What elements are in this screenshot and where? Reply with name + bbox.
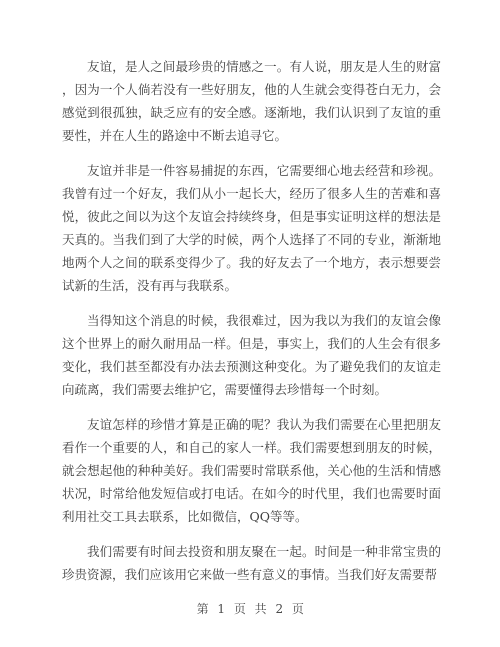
paragraph: 友谊，是人之间最珍贵的情感之一。有人说，朋友是人生的财富，因为一个人倘若没有一些… (62, 55, 441, 147)
text-line: 状况，时常给他发短信或打电话。在如今的时代里，我们也需要时面 (62, 482, 441, 505)
text-line: 当得知这个消息的时候，我很难过，因为我以为我们的友谊会像 (62, 309, 441, 332)
page-number-text: 第 1 页 共 2 页 (197, 602, 307, 616)
text-line: 地两个人之间的联系变得少了。我的好友去了一个地方，表示想要尝 (62, 251, 441, 274)
text-line: 变化，我们甚至都没有办法去预测这种变化。为了避免我们的友谊走 (62, 355, 441, 378)
text-line: 友谊，是人之间最珍贵的情感之一。有人说，朋友是人生的财富 (62, 55, 441, 78)
text-line: 感觉到很孤独，缺乏应有的安全感。逐渐地，我们认识到了友谊的重 (62, 101, 441, 124)
text-line: 试新的生活，没有再与我联系。 (62, 274, 441, 297)
paragraph: 我们需要有时间去投资和朋友聚在一起。时间是一种非常宝贵的珍贵资源，我们应该用它来… (62, 540, 441, 586)
text-line: 悦，彼此之间以为这个友谊会持续终身，但是事实证明这样的想法是 (62, 205, 441, 228)
text-line: ，因为一个人倘若没有一些好朋友，他的人生就会变得苍白无力，会 (62, 78, 441, 101)
paragraph: 当得知这个消息的时候，我很难过，因为我以为我们的友谊会像这个世界上的耐久耐用品一… (62, 309, 441, 401)
text-line: 天真的。当我们到了大学的时候，两个人选择了不同的专业，渐渐地 (62, 228, 441, 251)
text-line: 这个世界上的耐久耐用品一样。但是，事实上，我们的人生会有很多 (62, 332, 441, 355)
text-line: 我曾有过一个好友，我们从小一起长大，经历了很多人生的苦难和喜 (62, 182, 441, 205)
document-body: 友谊，是人之间最珍贵的情感之一。有人说，朋友是人生的财富，因为一个人倘若没有一些… (62, 55, 441, 586)
text-line: 我们需要有时间去投资和朋友聚在一起。时间是一种非常宝贵的 (62, 540, 441, 563)
text-line: 珍贵资源，我们应该用它来做一些有意义的事情。当我们好友需要帮 (62, 563, 441, 586)
text-line: 友谊并非是一件容易捕捉的东西，它需要细心地去经营和珍视。 (62, 159, 441, 182)
document-canvas: 友谊，是人之间最珍贵的情感之一。有人说，朋友是人生的财富，因为一个人倘若没有一些… (0, 0, 500, 647)
text-line: 利用社交工具去联系，比如微信，QQ等等。 (62, 505, 441, 528)
paragraph: 友谊怎样的珍惜才算是正确的呢？我认为我们需要在心里把朋友看作一个重要的人，和自己… (62, 413, 441, 528)
text-line: 向疏离，我们需要去维护它，需要懂得去珍惜每一个时刻。 (62, 378, 441, 401)
document-page: 友谊，是人之间最珍贵的情感之一。有人说，朋友是人生的财富，因为一个人倘若没有一些… (0, 0, 500, 647)
paragraph: 友谊并非是一件容易捕捉的东西，它需要细心地去经营和珍视。我曾有过一个好友，我们从… (62, 159, 441, 297)
text-line: 要性，并在人生的路途中不断去追寻它。 (62, 124, 441, 147)
text-line: 看作一个重要的人，和自己的家人一样。我们需要想到朋友的时候， (62, 436, 441, 459)
text-line: 友谊怎样的珍惜才算是正确的呢？我认为我们需要在心里把朋友 (62, 413, 441, 436)
text-line: 就会想起他的种种美好。我们需要时常联系他，关心他的生活和情感 (62, 459, 441, 482)
page-number-footer: 第 1 页 共 2 页 (62, 598, 441, 617)
